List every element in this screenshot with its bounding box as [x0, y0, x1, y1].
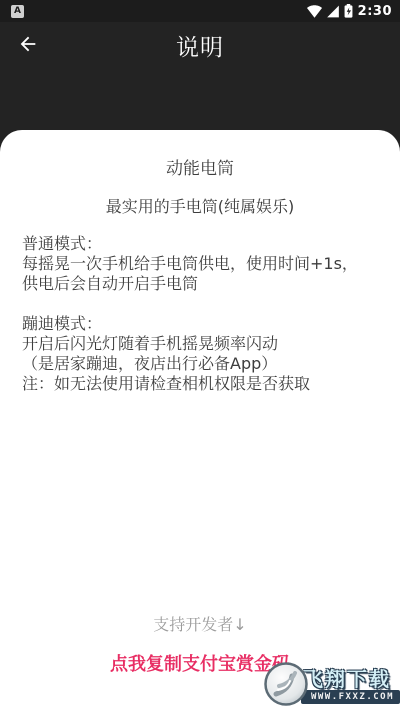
text-line: 普通模式：: [22, 234, 102, 253]
disco-mode-paragraph: 蹦迪模式： 开启后闪光灯随着手机摇晃频率闪动 （是居家蹦迪，夜店出行必备App）…: [22, 314, 386, 394]
clock-text: 2:30: [358, 4, 392, 19]
battery-charging-icon: [344, 4, 353, 18]
watermark-site-url: WWW.FXXZ.COM: [301, 690, 400, 704]
app-screen: A 2:30: [0, 0, 400, 712]
normal-mode-paragraph: 普通模式： 每摇晃一次手机给手电筒供电，使用时间+1s， 供电后会自动开启手电筒: [22, 234, 386, 294]
watermark-site-name: 飞翔下载: [303, 668, 391, 690]
text-line: 开启后闪光灯随着手机摇晃频率闪动: [22, 334, 278, 353]
app-tagline: 最实用的手电筒(纯属娱乐): [0, 194, 400, 217]
watermark-text-block: 飞翔下载 WWW.FXXZ.COM: [301, 668, 400, 704]
text-line: （是居家蹦迪，夜店出行必备App）: [22, 354, 277, 373]
text-line: 蹦迪模式：: [22, 314, 102, 333]
app-name-heading: 动能电筒: [0, 154, 400, 179]
text-line: 每摇晃一次手机给手电筒供电，使用时间+1s，: [22, 254, 358, 273]
instructions-text: 普通模式： 每摇晃一次手机给手电筒供电，使用时间+1s， 供电后会自动开启手电筒…: [22, 234, 386, 414]
wifi-icon: [307, 5, 322, 18]
support-developer-label: 支持开发者↓: [0, 612, 400, 635]
fxxz-logo-icon: [263, 661, 309, 711]
page-title: 说明: [0, 29, 400, 62]
app-bar: 说明: [0, 22, 400, 68]
status-bar: A 2:30: [0, 0, 400, 22]
text-line: 供电后会自动开启手电筒: [22, 274, 198, 293]
back-button[interactable]: [12, 29, 44, 61]
notification-a-icon: A: [11, 5, 24, 18]
cell-signal-icon: [326, 5, 340, 18]
text-line: 注：如无法使用请检查相机权限是否获取: [22, 374, 310, 393]
site-watermark: 飞翔下载 WWW.FXXZ.COM: [263, 661, 400, 711]
arrow-left-icon: [17, 33, 39, 58]
